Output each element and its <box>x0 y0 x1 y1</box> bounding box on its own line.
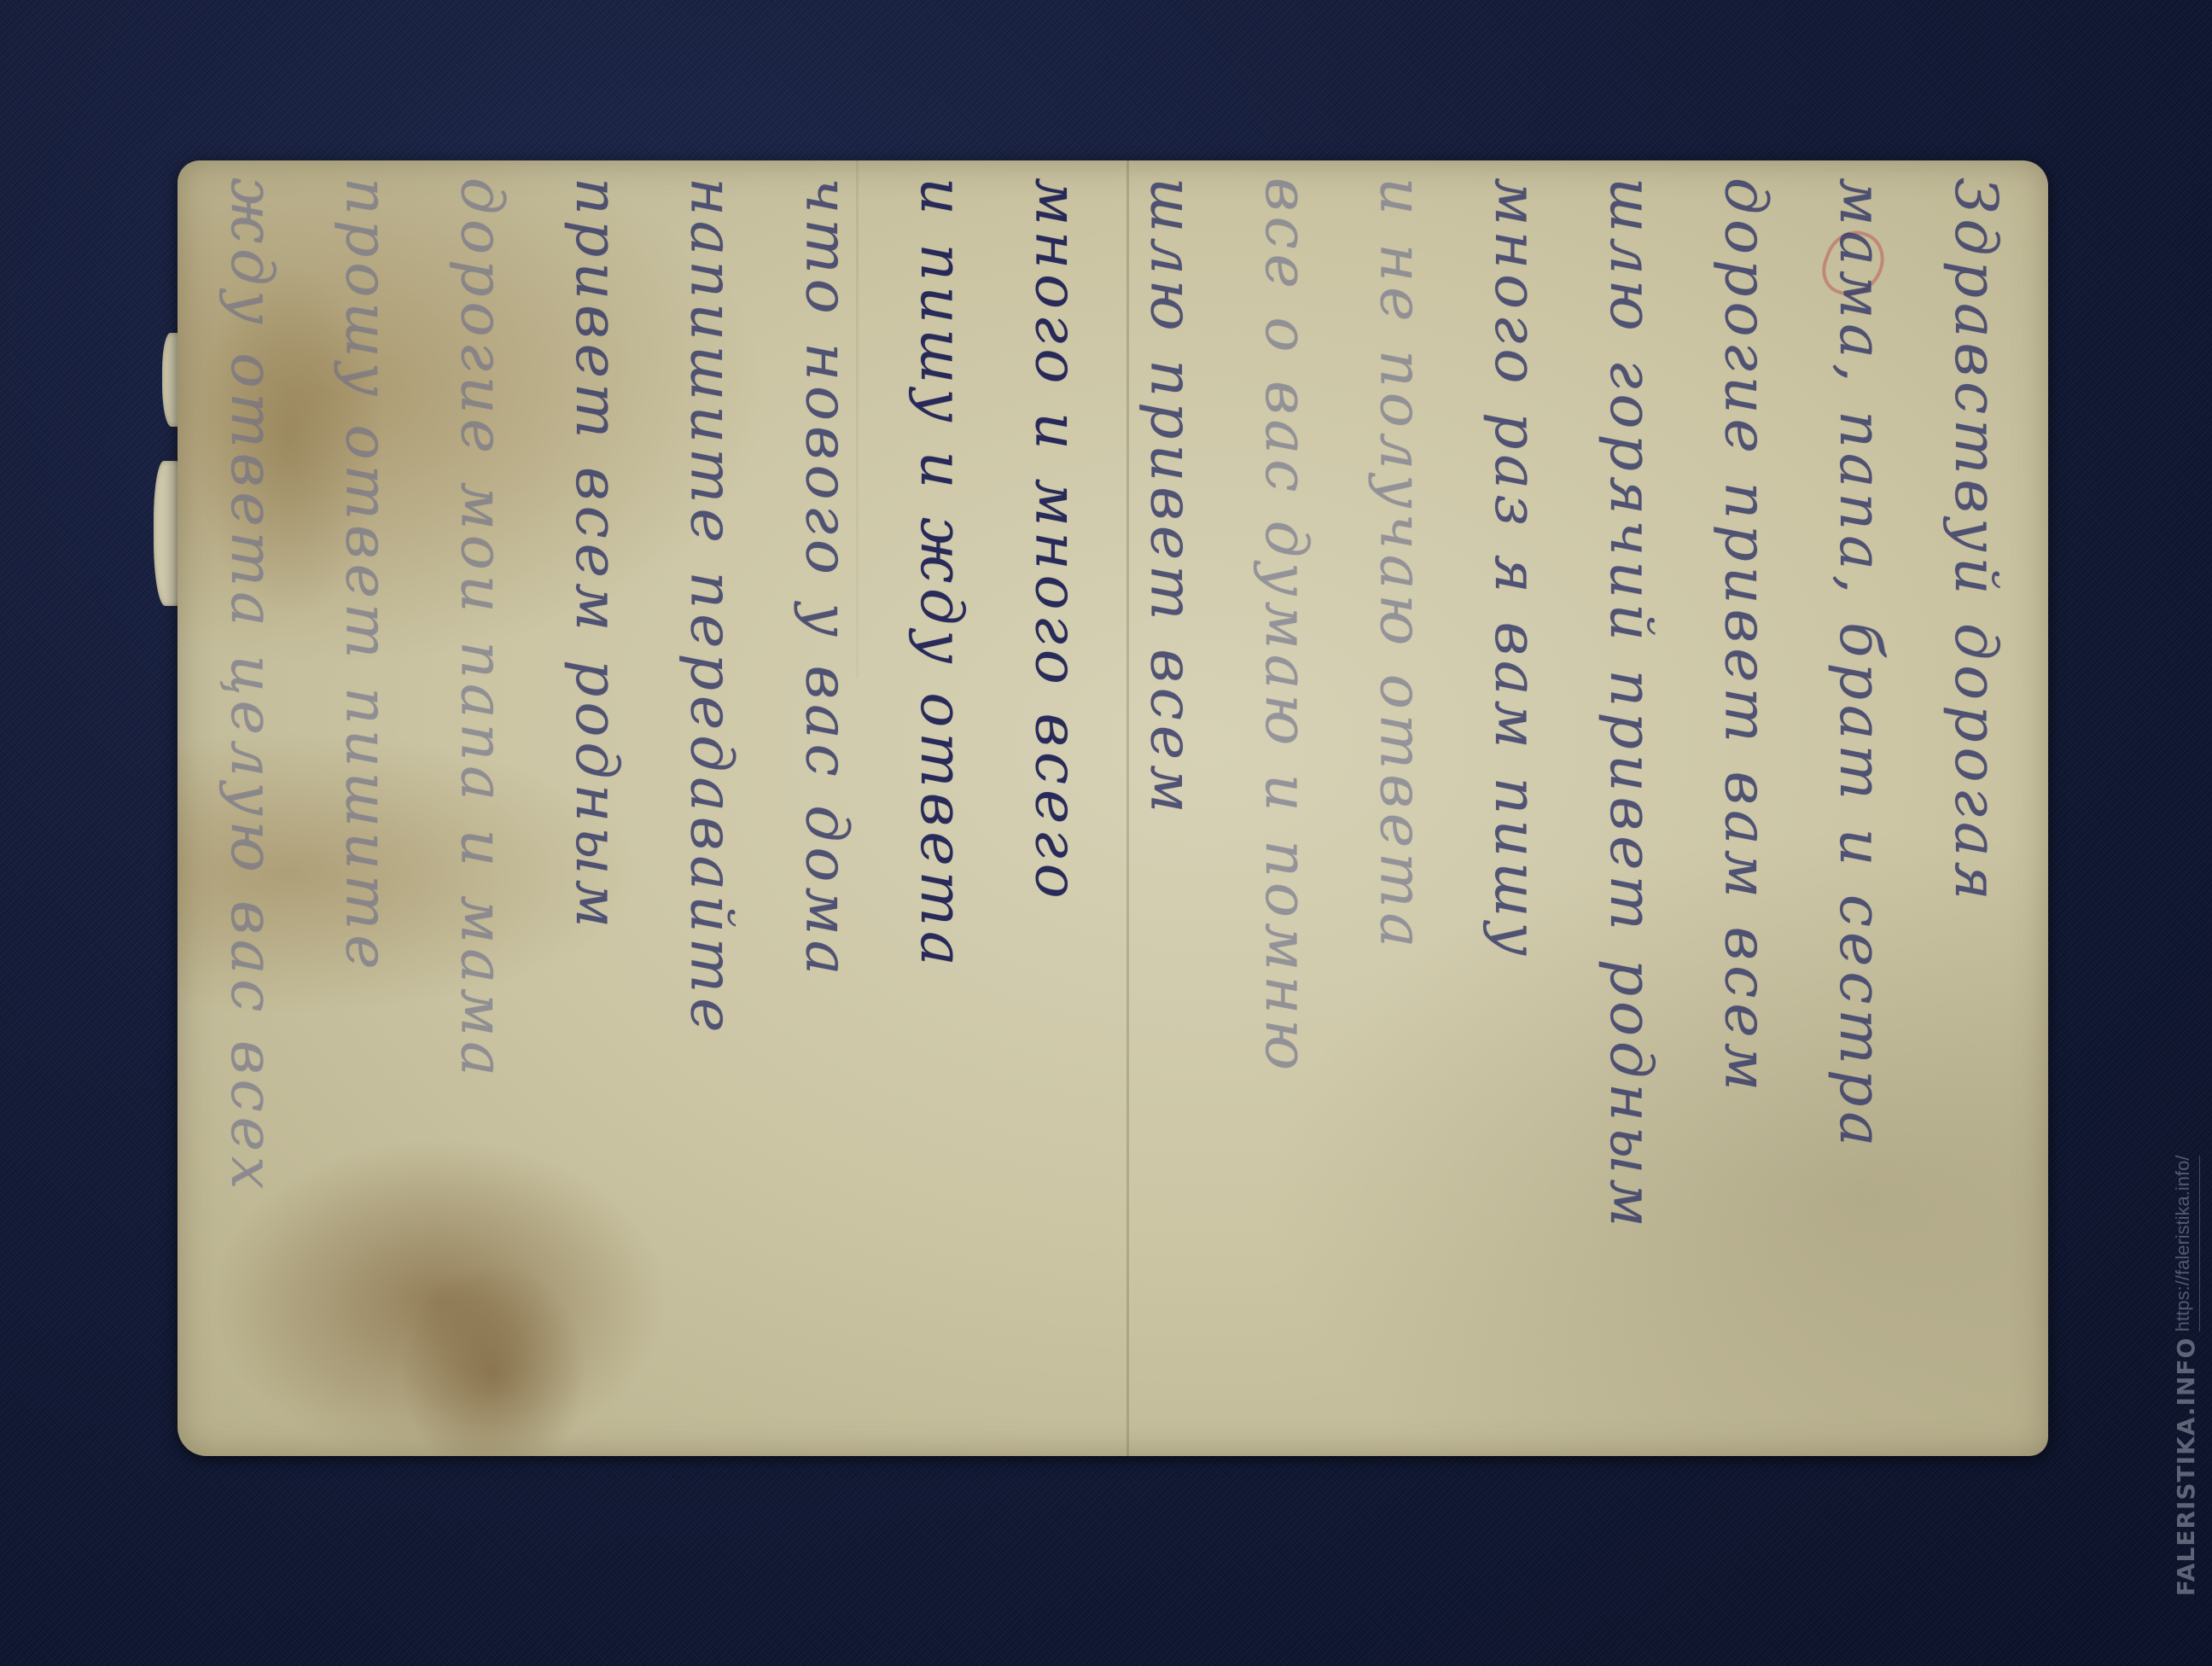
handwriting-line: и пишу и жду ответа <box>901 178 980 1439</box>
handwriting-line: много раз я вам пишу <box>1476 178 1554 1439</box>
handwriting-line: шлю горячий привет родным <box>1591 178 1669 1439</box>
watermark: FALERISTIKA.INFO https://faleristika.inf… <box>2172 1156 2200 1596</box>
handwriting-line: все о вас думаю и помню <box>1246 178 1324 1439</box>
handwriting-line: дорогие привет вам всем <box>1706 178 1784 1439</box>
aged-letter-paper: Здравствуй дорогая мама, папа, брат и се… <box>178 160 2048 1456</box>
handwriting-line: жду ответа целую вас всех <box>212 178 290 1439</box>
handwritten-text: Здравствуй дорогая мама, папа, брат и се… <box>212 178 2014 1439</box>
handwriting-line: Здравствуй дорогая <box>1935 178 2014 1439</box>
handwriting-line: привет всем родным <box>556 178 635 1439</box>
handwriting-line: мама, папа, брат и сестра <box>1820 178 1899 1439</box>
watermark-brand: FALERISTIKA.INFO <box>2172 1337 2200 1596</box>
watermark-url: https://faleristika.info/ <box>2172 1156 2200 1332</box>
handwriting-line: много и много всего <box>1016 178 1095 1439</box>
torn-paper-fragment <box>154 461 179 606</box>
handwriting-line: дорогие мои папа и мама <box>441 178 520 1439</box>
handwriting-line: прошу ответ пишите <box>327 178 405 1439</box>
handwriting-line: шлю привет всем <box>1131 178 1209 1439</box>
handwriting-line: что нового у вас дома <box>786 178 864 1439</box>
handwriting-line: напишите передавайте <box>672 178 750 1439</box>
handwriting-line: и не получаю ответа <box>1361 178 1440 1439</box>
